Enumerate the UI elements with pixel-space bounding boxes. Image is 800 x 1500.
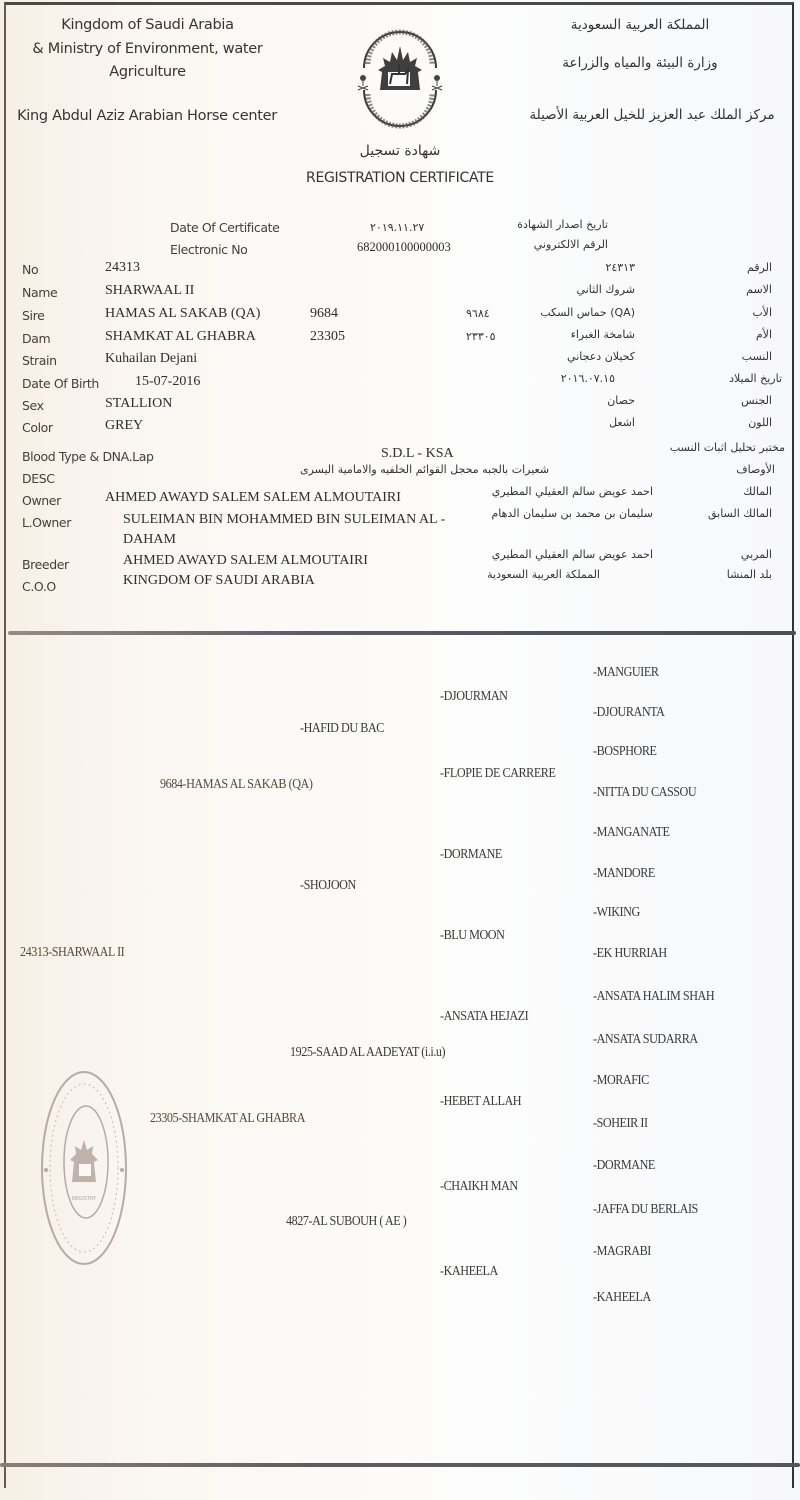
pedigree-gen3-7: -CHAIKH MAN — [440, 1178, 518, 1194]
dam-value: SHAMKAT AL GHABRA — [105, 329, 256, 345]
sire-reg-no-ar: ٩٦٨٤ — [466, 307, 490, 320]
coo-value-ar: المملكة العربية السعودية — [487, 568, 600, 581]
certificate-title-ar: شهادة تسجيل — [300, 143, 500, 159]
coo-label: C.O.O — [22, 579, 56, 594]
strain-value: Kuhailan Dejani — [105, 351, 197, 367]
strain-label-ar: النسب — [742, 350, 772, 363]
no-value-ar: ٢٤٣١٣ — [605, 261, 635, 274]
pedigree-gen4-9: -ANSATA HALIM SHAH — [593, 988, 714, 1004]
pedigree-gen3-2: -FLOPIE DE CARRERE — [440, 765, 555, 781]
header-en-line-1: Kingdom of Saudi Arabia — [20, 17, 275, 33]
coo-value: KINGDOM OF SAUDI ARABIA — [123, 573, 315, 589]
blood-type-label-ar: مختبر تحليل اثبات النسب — [670, 441, 785, 454]
sex-value: STALLION — [105, 396, 172, 412]
desc-value-ar: شعيرات بالجبه محجل القوائم الخلفيه والام… — [300, 463, 549, 476]
name-label-ar: الاسم — [746, 283, 772, 296]
owner-value: AHMED AWAYD SALEM SALEM ALMOUTAIRI — [105, 490, 401, 506]
sire-label-ar: الأب — [752, 306, 772, 319]
section-divider — [8, 631, 796, 635]
pedigree-gen4-5: -MANGANATE — [593, 824, 670, 840]
pedigree-gen3-1: -DJOURMAN — [440, 688, 508, 704]
pedigree-gen4-1: -MANGUIER — [593, 664, 658, 680]
electronic-no-label: Electronic No — [170, 242, 247, 257]
sire-reg-no: 9684 — [310, 306, 338, 322]
last-owner-value-ar: سليمان بن محمد بن سليمان الدهام — [491, 507, 653, 520]
desc-label: DESC — [22, 471, 55, 486]
pedigree-gen2-3: 1925-SAAD AL AADEYAT (i.i.u) — [290, 1044, 445, 1060]
breeder-value-ar: احمد عويض سالم العقيلي المطيري — [492, 548, 653, 561]
dob-label: Date Of Birth — [22, 376, 99, 391]
color-label-ar: اللون — [748, 416, 772, 429]
strain-label: Strain — [22, 353, 57, 368]
pedigree-gen4-10: -ANSATA SUDARRA — [593, 1031, 698, 1047]
pedigree-gen2-2: -SHOJOON — [300, 877, 356, 893]
dob-value: 15-07-2016 — [135, 374, 200, 390]
sex-label-ar: الجنس — [741, 394, 772, 407]
color-value-ar: اشعل — [609, 416, 635, 429]
dam-value-ar: شامخة الغبراء — [571, 328, 635, 341]
pedigree-gen2-4: 4827-AL SUBOUH ( AE ) — [286, 1213, 406, 1229]
owner-value-ar: احمد عويض سالم العقيلي المطيري — [492, 485, 653, 498]
pedigree-gen4-14: -JAFFA DU BERLAIS — [593, 1201, 698, 1217]
dam-reg-no: 23305 — [310, 329, 345, 345]
breeder-label: Breeder — [22, 557, 69, 572]
sire-label: Sire — [22, 308, 44, 323]
last-owner-value-line-1: SULEIMAN BIN MOHAMMED BIN SULEIMAN AL - — [123, 512, 445, 528]
strain-value-ar: كحيلان دعجاني — [567, 350, 635, 363]
official-seal-stamp-icon: REGISTRY — [40, 1070, 128, 1266]
sex-value-ar: حصان — [607, 394, 635, 407]
sire-value-ar: (QA) حماس السكب — [540, 306, 635, 319]
pedigree-gen4-11: -MORAFIC — [593, 1072, 649, 1088]
dam-label-ar: الأم — [756, 328, 772, 341]
pedigree-gen4-6: -MANDORE — [593, 865, 655, 881]
pedigree-gen3-6: -HEBET ALLAH — [440, 1093, 521, 1109]
pedigree-subject: 24313-SHARWAAL II — [20, 944, 124, 960]
no-value: 24313 — [105, 260, 140, 276]
last-owner-value-line-2: DAHAM — [123, 532, 176, 548]
pedigree-gen4-7: -WIKING — [593, 904, 640, 920]
coo-label-ar: بلد المنشا — [727, 568, 772, 581]
pedigree-gen4-13: -DORMANE — [593, 1157, 655, 1173]
pedigree-gen4-8: -EK HURRIAH — [593, 945, 667, 961]
header-en-line-2: & Ministry of Environment, water — [20, 41, 275, 57]
name-value-ar: شروك الثاني — [577, 283, 635, 296]
date-of-certificate-value: ٢٠١٩.١١.٢٧ — [370, 221, 424, 234]
emblem-horse-rider-icon — [350, 20, 450, 130]
no-label-ar: الرقم — [747, 261, 772, 274]
pedigree-gen4-16: -KAHEELA — [593, 1289, 651, 1305]
sire-value: HAMAS AL SAKAB (QA) — [105, 306, 260, 322]
sex-label: Sex — [22, 398, 44, 413]
pedigree-gen2-1: -HAFID DU BAC — [300, 720, 384, 736]
pedigree-gen3-3: -DORMANE — [440, 846, 502, 862]
header-ar-line-2: وزارة البيئة والمياه والزراعة — [510, 55, 770, 71]
date-of-certificate-label: Date Of Certificate — [170, 220, 279, 235]
color-label: Color — [22, 420, 53, 435]
dam-reg-no-ar: ٢٣٣٠٥ — [466, 330, 496, 343]
header-en-line-4: King Abdul Aziz Arabian Horse center — [12, 108, 282, 124]
last-owner-label-ar: المالك السابق — [708, 507, 772, 520]
pedigree-gen4-12: -SOHEIR II — [593, 1115, 648, 1131]
svg-text:REGISTRY: REGISTRY — [72, 1196, 97, 1202]
name-label: Name — [22, 285, 57, 300]
breeder-value: AHMED AWAYD SALEM ALMOUTAIRI — [123, 553, 368, 569]
pedigree-gen3-5: -ANSATA HEJAZI — [440, 1008, 528, 1024]
desc-label-ar: الأوصاف — [736, 463, 775, 476]
header-ar-line-3: مركز الملك عبد العزيز للخيل العربية الأص… — [512, 107, 792, 123]
dob-label-ar: تاريخ الميلاد — [729, 372, 782, 385]
color-value: GREY — [105, 418, 143, 434]
electronic-no-label-ar: الرقم الالكتروني — [534, 238, 608, 251]
pedigree-dam: 23305-SHAMKAT AL GHABRA — [150, 1110, 305, 1126]
header-en-line-3: Agriculture — [20, 64, 275, 80]
pedigree-gen3-8: -KAHEELA — [440, 1263, 498, 1279]
electronic-no-value: 682000100000003 — [357, 240, 451, 255]
last-owner-label: L.Owner — [22, 515, 71, 530]
date-of-certificate-label-ar: تاريخ اصدار الشهادة — [517, 218, 608, 231]
pedigree-gen4-3: -BOSPHORE — [593, 743, 656, 759]
pedigree-gen4-15: -MAGRABI — [593, 1243, 651, 1259]
certificate-title-en: REGISTRATION CERTIFICATE — [280, 170, 520, 186]
pedigree-sire: 9684-HAMAS AL SAKAB (QA) — [160, 776, 312, 792]
blood-type-value: S.D.L - KSA — [381, 446, 454, 462]
owner-label-ar: المالك — [743, 485, 772, 498]
dam-label: Dam — [22, 331, 50, 346]
breeder-label-ar: المربي — [741, 548, 772, 561]
name-value: SHARWAAL II — [105, 283, 194, 299]
blood-type-label: Blood Type & DNA.Lap — [22, 449, 154, 464]
header-ar-line-1: المملكة العربية السعودية — [510, 17, 770, 33]
pedigree-gen3-4: -BLU MOON — [440, 927, 504, 943]
owner-label: Owner — [22, 493, 61, 508]
bottom-border — [0, 1463, 800, 1467]
pedigree-gen4-2: -DJOURANTA — [593, 704, 664, 720]
dob-value-ar: ٢٠١٦.٠٧.١٥ — [561, 372, 615, 385]
no-label: No — [22, 262, 38, 277]
pedigree-gen4-4: -NITTA DU CASSOU — [593, 784, 696, 800]
